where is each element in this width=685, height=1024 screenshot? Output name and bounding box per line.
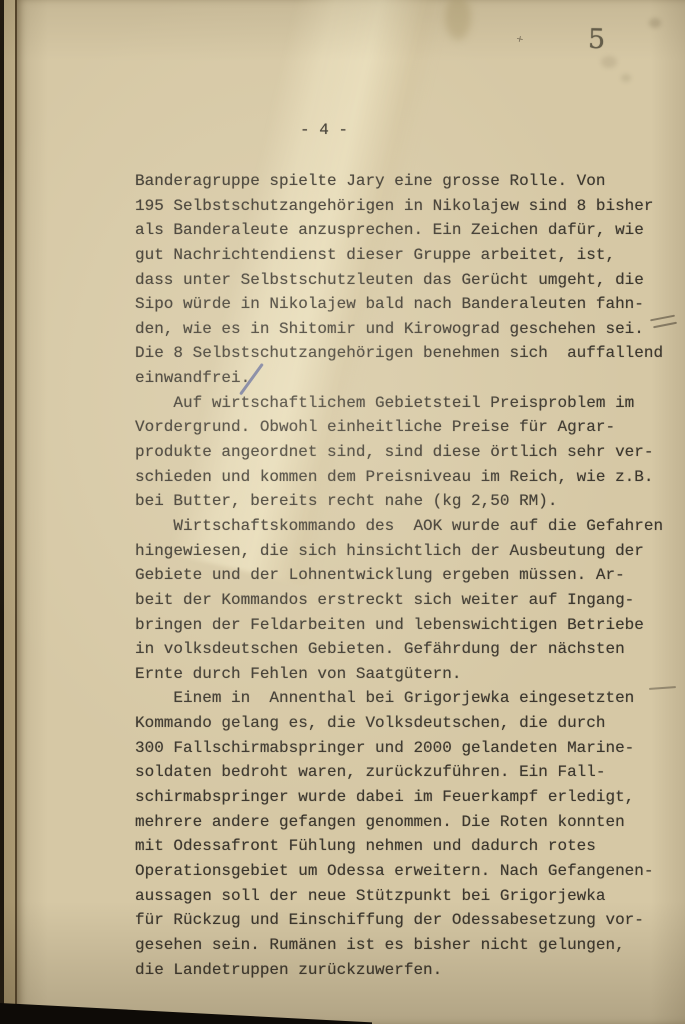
typed-line: dass unter Selbstschutzleuten das Gerüch… [135, 268, 663, 293]
typed-line: die Landetruppen zurückzuwerfen. [135, 958, 663, 983]
underlying-page-edge [4, 0, 15, 1024]
typed-line: in volksdeutschen Gebieten. Gefährdung d… [135, 637, 663, 662]
typed-line: Vordergrund. Obwohl einheitliche Preise … [135, 415, 663, 440]
typed-line: Wirtschaftskommando des AOK wurde auf di… [135, 514, 663, 539]
typed-line: soldaten bedroht waren, zurückzuführen. … [135, 760, 663, 785]
typed-line: den, wie es in Shitomir und Kirowograd g… [135, 317, 663, 342]
typed-line: Banderagruppe spielte Jary eine grosse R… [135, 169, 663, 194]
typed-line: produkte angeordnet sind, sind diese ört… [135, 440, 663, 465]
typed-line: einwandfrei. [135, 366, 663, 391]
typed-line: bei Butter, bereits recht nahe (kg 2,50 … [135, 489, 663, 514]
typed-text-block: Banderagruppe spielte Jary eine grosse R… [135, 169, 663, 982]
typed-line: hingewiesen, die sich hinsichtlich der A… [135, 539, 663, 564]
typed-line: mehrere andere gefangen genommen. Die Ro… [135, 810, 663, 835]
typed-line: Auf wirtschaftlichem Gebietsteil Preispr… [135, 391, 663, 416]
typed-line: Einem in Annenthal bei Grigorjewka einge… [135, 686, 663, 711]
paper-stain-smudge [445, 0, 471, 40]
typed-line: Operationsgebiet um Odessa erweitern. Na… [135, 859, 663, 884]
typed-line: beit der Kommandos erstreckt sich weiter… [135, 588, 663, 613]
typed-line: 300 Fallschirmabspringer und 2000 geland… [135, 736, 663, 761]
typed-line: als Banderaleute anzusprechen. Ein Zeich… [135, 218, 663, 243]
scanned-document-photo: { "document": { "stamped_page_number": "… [0, 0, 685, 1024]
typed-line: gut Nachrichtendienst dieser Gruppe arbe… [135, 243, 663, 268]
typed-line: Die 8 Selbstschutzangehörigen benehmen s… [135, 341, 663, 366]
typed-line: 195 Selbstschutzangehörigen in Nikolajew… [135, 194, 663, 219]
stamped-page-number: 5 [588, 24, 606, 55]
paper-speck [621, 74, 631, 82]
typed-line: Kommando gelang es, die Volksdeutschen, … [135, 711, 663, 736]
typed-line: gesehen sein. Rumänen ist es bisher nich… [135, 933, 663, 958]
typed-line: Sipo würde in Nikolajew bald nach Bander… [135, 292, 663, 317]
typed-line: Ernte durch Fehlen von Saatgütern. [135, 662, 663, 687]
paper-speck [601, 56, 617, 68]
typed-line: bringen der Feldarbeiten und lebenswicht… [135, 613, 663, 638]
typed-line: mit Odessafront Fühlung nehmen und dadur… [135, 834, 663, 859]
typed-page-number: - 4 - [300, 121, 348, 139]
typed-line: aussagen soll der neue Stützpunkt bei Gr… [135, 884, 663, 909]
typed-line: Gebiete und der Lohnentwicklung ergeben … [135, 563, 663, 588]
typed-line: schirmabspringer wurde dabei im Feuerkam… [135, 785, 663, 810]
typed-line: für Rückzug und Einschiffung der Odessab… [135, 908, 663, 933]
paper-speck [649, 18, 661, 28]
typed-line: schieden und kommen dem Preisniveau im R… [135, 465, 663, 490]
